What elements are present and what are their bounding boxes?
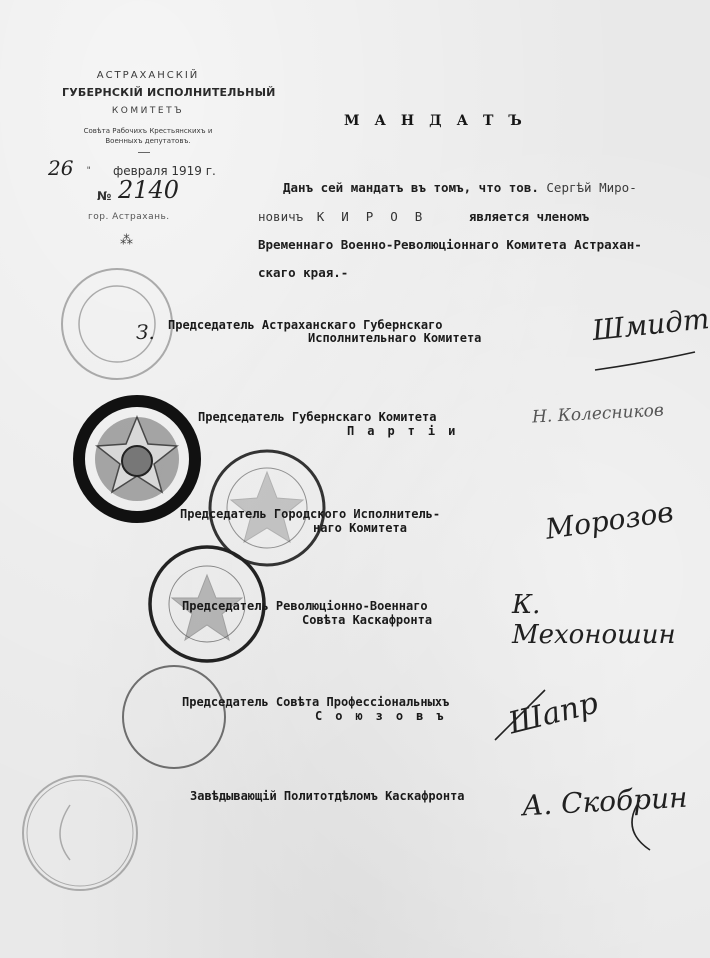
- signature-flourishes: [0, 0, 710, 958]
- flourish-1: [595, 352, 695, 370]
- flourish-5: [495, 690, 545, 740]
- flourish-6: [632, 800, 650, 850]
